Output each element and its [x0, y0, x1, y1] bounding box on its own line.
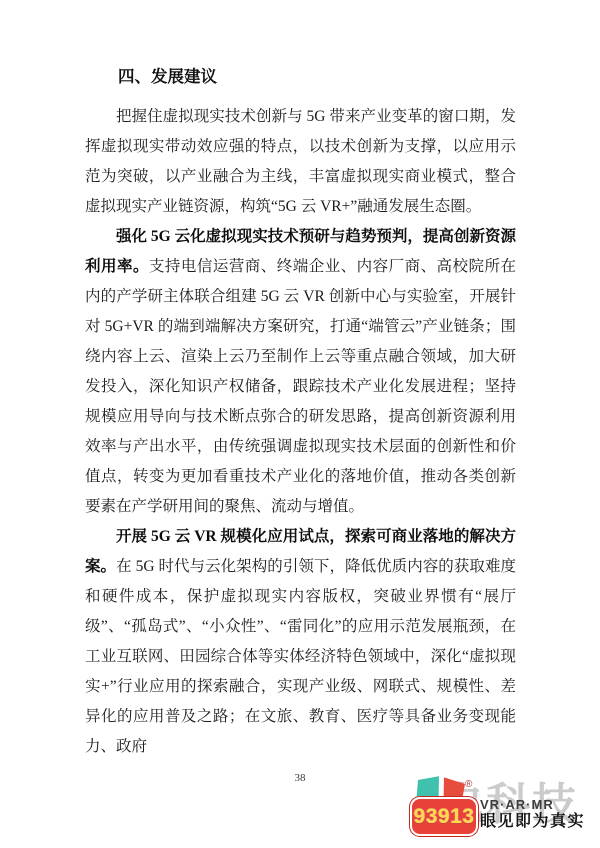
- registered-trademark-symbol: ®: [465, 779, 472, 790]
- 93913-logo: 电科技 ® 93913 VR·AR·MR 眼见即为真实: [410, 774, 594, 844]
- brand-badge: 93913: [410, 797, 478, 836]
- brand-name: 93913: [414, 805, 475, 829]
- paragraph: 把握住虚拟现实技术创新与 5G 带来产业变革的窗口期，发挥虚拟现实带动效应强的特…: [85, 102, 516, 222]
- tagline-vr-ar-mr: VR·AR·MR: [480, 797, 585, 812]
- section-heading: 四、发展建议: [85, 66, 516, 88]
- paragraph: 开展 5G 云 VR 规模化应用试点，探索可商业落地的解决方案。在 5G 时代与…: [85, 522, 516, 762]
- logo-taglines: VR·AR·MR 眼见即为真实: [480, 797, 585, 832]
- document-body: 四、发展建议 把握住虚拟现实技术创新与 5G 带来产业变革的窗口期，发挥虚拟现实…: [85, 66, 516, 762]
- paragraph-text: 把握住虚拟现实技术创新与 5G 带来产业变革的窗口期，发挥虚拟现实带动效应强的特…: [85, 108, 516, 215]
- document-page: 四、发展建议 把握住虚拟现实技术创新与 5G 带来产业变革的窗口期，发挥虚拟现实…: [0, 0, 600, 848]
- tagline-slogan: 眼见即为真实: [480, 812, 585, 832]
- paragraph-text: 支持电信运营商、终端企业、内容厂商、高校院所在内的产学研主体联合组建 5G 云 …: [85, 258, 516, 515]
- paragraph-text: 在 5G 时代与云化架构的引领下，降低优质内容的获取难度和硬件成本，保护虚拟现实…: [85, 558, 516, 755]
- paragraph: 强化 5G 云化虚拟现实技术预研与趋势预判，提高创新资源利用率。支持电信运营商、…: [85, 222, 516, 522]
